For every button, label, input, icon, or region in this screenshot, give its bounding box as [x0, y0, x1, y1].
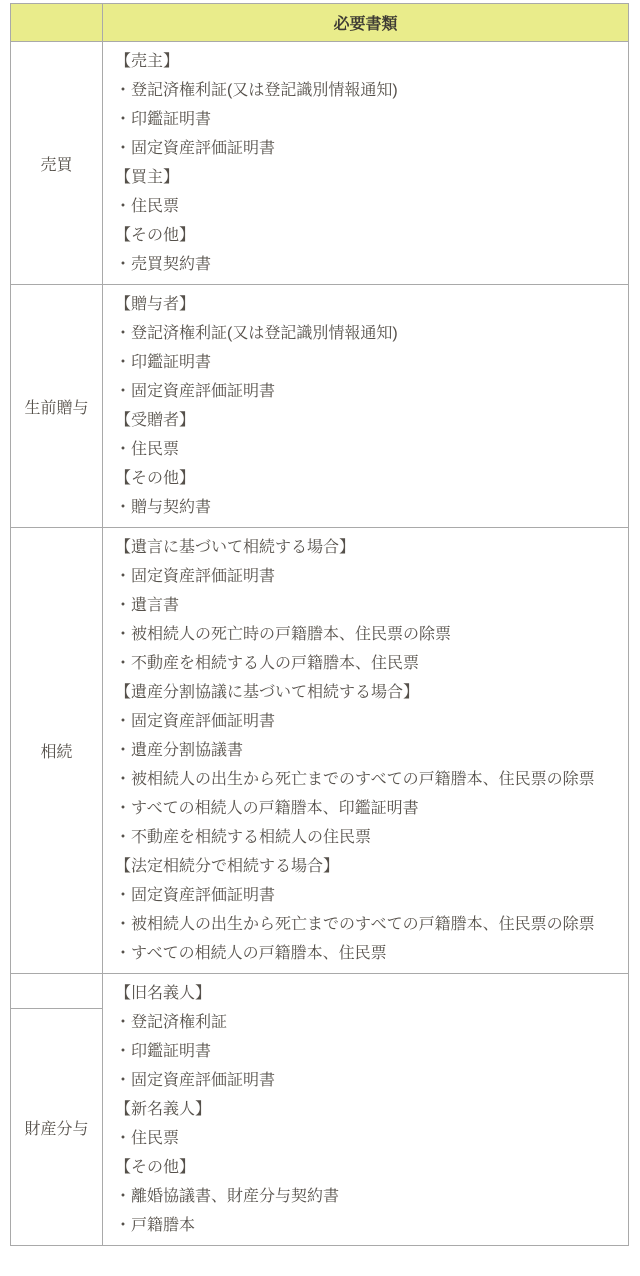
doc-line: 【売主】 — [115, 47, 616, 76]
doc-line: ・被相続人の出生から死亡までのすべての戸籍謄本、住民票の除票 — [115, 910, 616, 939]
doc-line: ・固定資産評価証明書 — [115, 134, 616, 163]
doc-line: ・離婚協議書、財産分与契約書 — [115, 1182, 616, 1211]
doc-line: ・不動産を相続する人の戸籍謄本、住民票 — [115, 649, 616, 678]
row-label-inheritance: 相続 — [11, 528, 103, 974]
doc-line: ・不動産を相続する相続人の住民票 — [115, 823, 616, 852]
doc-line: ・固定資産評価証明書 — [115, 377, 616, 406]
doc-line: 【買主】 — [115, 163, 616, 192]
row-label-gift: 生前贈与 — [11, 285, 103, 528]
doc-line: ・印鑑証明書 — [115, 105, 616, 134]
row-label-sale: 売買 — [11, 42, 103, 285]
doc-line: ・贈与契約書 — [115, 493, 616, 522]
doc-line: ・登記済権利証 — [115, 1008, 616, 1037]
doc-line: ・被相続人の出生から死亡までのすべての戸籍謄本、住民票の除票 — [115, 765, 616, 794]
row-content-inheritance: 【遺言に基づいて相続する場合】 ・固定資産評価証明書 ・遺言書 ・被相続人の死亡… — [103, 528, 629, 974]
doc-line: 【法定相続分で相続する場合】 — [115, 852, 616, 881]
row-label-division: 財産分与 — [11, 1009, 103, 1246]
table-row-sale: 売買 【売主】 ・登記済権利証(又は登記識別情報通知) ・印鑑証明書 ・固定資産… — [11, 42, 629, 285]
doc-line: 【遺産分割協議に基づいて相続する場合】 — [115, 678, 616, 707]
doc-line: ・固定資産評価証明書 — [115, 562, 616, 591]
row-content-sale: 【売主】 ・登記済権利証(又は登記識別情報通知) ・印鑑証明書 ・固定資産評価証… — [103, 42, 629, 285]
doc-line: ・印鑑証明書 — [115, 1037, 616, 1066]
doc-line: ・売買契約書 — [115, 250, 616, 279]
doc-line: ・登記済権利証(又は登記識別情報通知) — [115, 76, 616, 105]
required-documents-table: 必要書類 売買 【売主】 ・登記済権利証(又は登記識別情報通知) ・印鑑証明書 … — [10, 3, 629, 1246]
header-title: 必要書類 — [103, 4, 629, 42]
doc-line: 【遺言に基づいて相続する場合】 — [115, 533, 616, 562]
table-row-division-spacer: 【旧名義人】 ・登記済権利証 ・印鑑証明書 ・固定資産評価証明書 【新名義人】 … — [11, 974, 629, 1009]
doc-line: 【贈与者】 — [115, 290, 616, 319]
doc-line: ・遺産分割協議書 — [115, 736, 616, 765]
doc-line: 【その他】 — [115, 1153, 616, 1182]
table-row-inheritance: 相続 【遺言に基づいて相続する場合】 ・固定資産評価証明書 ・遺言書 ・被相続人… — [11, 528, 629, 974]
doc-line: 【受贈者】 — [115, 406, 616, 435]
doc-line: ・住民票 — [115, 1124, 616, 1153]
doc-line: ・すべての相続人の戸籍謄本、住民票 — [115, 939, 616, 968]
doc-line: ・固定資産評価証明書 — [115, 707, 616, 736]
header-corner-cell — [11, 4, 103, 42]
doc-line: 【新名義人】 — [115, 1095, 616, 1124]
header-row: 必要書類 — [11, 4, 629, 42]
doc-line: ・固定資産評価証明書 — [115, 881, 616, 910]
doc-line: 【その他】 — [115, 221, 616, 250]
doc-line: 【旧名義人】 — [115, 979, 616, 1008]
row-content-gift: 【贈与者】 ・登記済権利証(又は登記識別情報通知) ・印鑑証明書 ・固定資産評価… — [103, 285, 629, 528]
table-row-gift: 生前贈与 【贈与者】 ・登記済権利証(又は登記識別情報通知) ・印鑑証明書 ・固… — [11, 285, 629, 528]
row-label-spacer — [11, 974, 103, 1009]
doc-line: ・遺言書 — [115, 591, 616, 620]
doc-line: ・固定資産評価証明書 — [115, 1066, 616, 1095]
row-content-division: 【旧名義人】 ・登記済権利証 ・印鑑証明書 ・固定資産評価証明書 【新名義人】 … — [103, 974, 629, 1246]
doc-line: ・戸籍謄本 — [115, 1211, 616, 1240]
doc-line: ・印鑑証明書 — [115, 348, 616, 377]
doc-line: ・被相続人の死亡時の戸籍謄本、住民票の除票 — [115, 620, 616, 649]
doc-line: 【その他】 — [115, 464, 616, 493]
doc-line: ・住民票 — [115, 435, 616, 464]
doc-line: ・すべての相続人の戸籍謄本、印鑑証明書 — [115, 794, 616, 823]
doc-line: ・住民票 — [115, 192, 616, 221]
doc-line: ・登記済権利証(又は登記識別情報通知) — [115, 319, 616, 348]
